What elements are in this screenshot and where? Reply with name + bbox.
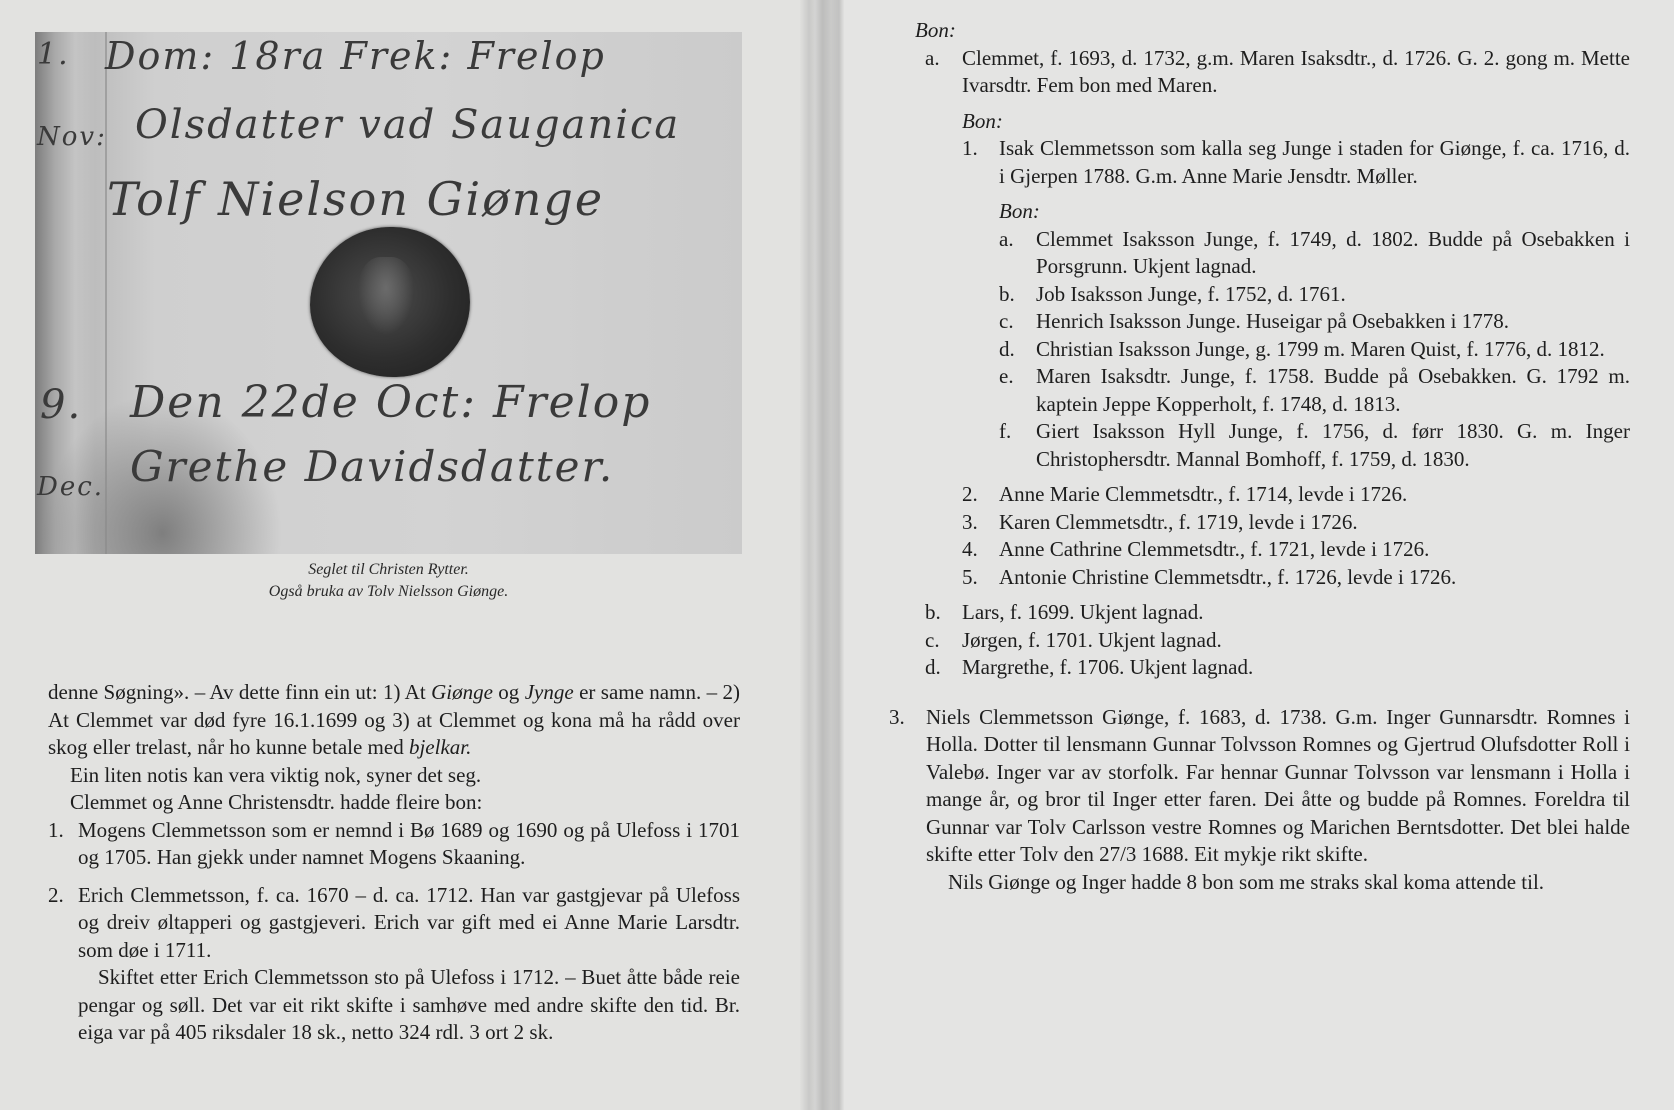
list-text: Henrich Isaksson Junge. Huseigar på Oseb… — [1036, 308, 1630, 336]
manuscript-photo: Dom: 18ra Frek: Frelop Olsdatter vad Sau… — [35, 32, 742, 554]
bon-heading: Bon: — [915, 17, 1630, 45]
list-text: Erich Clemmetsson, f. ca. 1670 – d. ca. … — [78, 882, 740, 965]
list-text: Job Isaksson Junge, f. 1752, d. 1761. — [1036, 281, 1630, 309]
list-text: Isak Clemmetsson som kalla seg Junge i s… — [999, 135, 1630, 190]
list-letter: c. — [925, 627, 962, 655]
list-text: Jørgen, f. 1701. Ukjent lagnad. — [962, 627, 1630, 655]
list-item: 1. Mogens Clemmetsson som er nemnd i Bø … — [48, 817, 740, 872]
script-line: Dom: 18ra Frek: Frelop — [105, 34, 606, 78]
list-letter: f. — [999, 418, 1036, 473]
list-text: Christian Isaksson Junge, g. 1799 m. Mar… — [1036, 336, 1630, 364]
list-continuation: Skiftet etter Erich Clemmetsson sto på U… — [78, 964, 740, 1047]
right-body-text: Bon: a. Clemmet, f. 1693, d. 1732, g.m. … — [925, 17, 1630, 896]
list-item: a.Clemmet Isaksson Junge, f. 1749, d. 18… — [999, 226, 1630, 281]
list-letter: a. — [925, 45, 962, 592]
bon-heading: Bon: — [999, 198, 1630, 226]
paragraph: Clemmet og Anne Christensdtr. hadde flei… — [48, 789, 740, 817]
list-letter: b. — [999, 281, 1036, 309]
margin-note: 9. — [40, 382, 82, 428]
list-item: a. Clemmet, f. 1693, d. 1732, g.m. Maren… — [925, 45, 1630, 592]
list-number: 5. — [962, 564, 999, 592]
list-number: 3. — [962, 509, 999, 537]
list-item: 4.Anne Cathrine Clemmetsdtr., f. 1721, l… — [962, 536, 1630, 564]
list-number: 1. — [962, 135, 999, 473]
list-letter: c. — [999, 308, 1036, 336]
script-line: Olsdatter vad Sauganica — [135, 102, 680, 148]
list-text: Maren Isaksdtr. Junge, f. 1758. Budde på… — [1036, 363, 1630, 418]
paragraph: denne Søgning». – Av dette finn ein ut: … — [48, 679, 740, 762]
caption-line-1: Seglet til Christen Rytter. — [35, 559, 742, 581]
left-page: Dom: 18ra Frek: Frelop Olsdatter vad Sau… — [0, 0, 808, 1110]
list-text: Mogens Clemmetsson som er nemnd i Bø 168… — [78, 817, 740, 872]
script-line: Tolf Nielson Giønge — [107, 172, 604, 226]
list-item: 5.Antonie Christine Clemmetsdtr., f. 172… — [962, 564, 1630, 592]
list-item: b.Job Isaksson Junge, f. 1752, d. 1761. — [999, 281, 1630, 309]
list-number: 4. — [962, 536, 999, 564]
list-number: 2. — [48, 882, 78, 1047]
list-item: 2.Anne Marie Clemmetsdtr., f. 1714, levd… — [962, 481, 1630, 509]
list-number: 3. — [889, 704, 926, 897]
list-text: Lars, f. 1699. Ukjent lagnad. — [962, 599, 1630, 627]
list-text: Antonie Christine Clemmetsdtr., f. 1726,… — [999, 564, 1630, 592]
list-text: Clemmet Isaksson Junge, f. 1749, d. 1802… — [1036, 226, 1630, 281]
script-line: Grethe Davidsdatter. — [130, 442, 614, 491]
list-item: c.Jørgen, f. 1701. Ukjent lagnad. — [925, 627, 1630, 655]
list-continuation: Nils Giønge og Inger hadde 8 bon som me … — [926, 869, 1630, 897]
list-item: c.Henrich Isaksson Junge. Huseigar på Os… — [999, 308, 1630, 336]
list-text: Karen Clemmetsdtr., f. 1719, levde i 172… — [999, 509, 1630, 537]
photo-caption: Seglet til Christen Rytter. Også bruka a… — [35, 559, 742, 603]
list-letter: e. — [999, 363, 1036, 418]
list-text: Clemmet, f. 1693, d. 1732, g.m. Maren Is… — [962, 45, 1630, 100]
list-item: d.Christian Isaksson Junge, g. 1799 m. M… — [999, 336, 1630, 364]
emphasis: Jynge — [525, 680, 574, 704]
list-item: e.Maren Isaksdtr. Junge, f. 1758. Budde … — [999, 363, 1630, 418]
script-line: Den 22de Oct: Frelop — [130, 377, 651, 428]
margin-note: Dec. — [37, 472, 104, 502]
list-item: 2. Erich Clemmetsson, f. ca. 1670 – d. c… — [48, 882, 740, 1047]
list-item: 3.Karen Clemmetsdtr., f. 1719, levde i 1… — [962, 509, 1630, 537]
list-item: f.Giert Isaksson Hyll Junge, f. 1756, d.… — [999, 418, 1630, 473]
list-text: Anne Marie Clemmetsdtr., f. 1714, levde … — [999, 481, 1630, 509]
wax-seal-image — [310, 227, 470, 377]
list-letter: d. — [999, 336, 1036, 364]
margin-note: Nov: — [37, 122, 107, 152]
list-number: 2. — [962, 481, 999, 509]
list-number: 1. — [48, 817, 78, 872]
caption-line-2: Også bruka av Tolv Nielsson Giønge. — [35, 581, 742, 603]
list-item: 1. Isak Clemmetsson som kalla seg Junge … — [962, 135, 1630, 473]
list-text: Anne Cathrine Clemmetsdtr., f. 1721, lev… — [999, 536, 1630, 564]
emphasis: bjelkar. — [409, 735, 471, 759]
list-item: d.Margrethe, f. 1706. Ukjent lagnad. — [925, 654, 1630, 682]
margin-note: 1. — [37, 37, 70, 72]
list-text: Giert Isaksson Hyll Junge, f. 1756, d. f… — [1036, 418, 1630, 473]
bon-heading: Bon: — [962, 108, 1630, 136]
book-gutter — [800, 0, 850, 1110]
paragraph: Ein liten notis kan vera viktig nok, syn… — [48, 762, 740, 790]
list-text: Niels Clemmetsson Giønge, f. 1683, d. 17… — [926, 704, 1630, 869]
emphasis: Giønge — [431, 680, 493, 704]
list-letter: a. — [999, 226, 1036, 281]
list-item: 3. Niels Clemmetsson Giønge, f. 1683, d.… — [889, 704, 1630, 897]
ledger-margin-line — [105, 32, 107, 554]
list-text: Margrethe, f. 1706. Ukjent lagnad. — [962, 654, 1630, 682]
list-item: b.Lars, f. 1699. Ukjent lagnad. — [925, 599, 1630, 627]
list-letter: d. — [925, 654, 962, 682]
left-body-text: denne Søgning». – Av dette finn ein ut: … — [48, 679, 740, 1047]
list-letter: b. — [925, 599, 962, 627]
